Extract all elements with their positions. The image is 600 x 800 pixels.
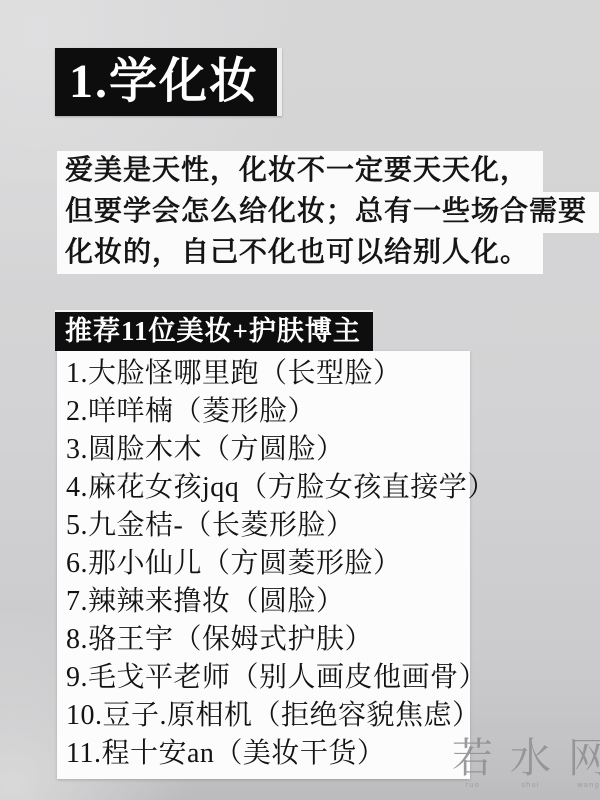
intro-line: 爱美是天性，化妆不一定要天天化，	[57, 151, 543, 192]
list-item: 4.麻花女孩jqq（方脸女孩直接学）	[66, 469, 470, 507]
watermark-sub-label: shui	[521, 781, 539, 789]
watermark: 若 ruo 水 shui 网 wang	[452, 737, 600, 789]
watermark-char-block: 网 wang	[568, 737, 600, 789]
intro-line: 但要学会怎么给化妆；总有一些场合需要	[57, 192, 599, 233]
watermark-char: 水	[510, 737, 551, 780]
list-item: 10.豆子.原相机（拒绝容貌焦虑）	[66, 697, 470, 735]
list-item: 5.九金桔-（长菱形脸）	[66, 507, 470, 545]
list-item: 6.那小仙儿（方圆菱形脸）	[66, 545, 470, 583]
watermark-sub-label: wang	[577, 781, 600, 789]
watermark-char-block: 水 shui	[510, 737, 551, 789]
list-item: 2.咩咩楠（菱形脸）	[66, 393, 470, 431]
watermark-char: 网	[568, 737, 600, 780]
intro-paragraph: 爱美是天性，化妆不一定要天天化， 但要学会怎么给化妆；总有一些场合需要 化妆的，…	[57, 151, 599, 274]
list-item: 7.辣辣来撸妆（圆脸）	[66, 583, 470, 621]
page-title: 1.学化妆	[55, 48, 282, 116]
watermark-char-block: 若 ruo	[452, 737, 493, 789]
intro-line: 化妆的，自己不化也可以给别人化。	[57, 233, 543, 274]
list-item: 3.圆脸木木（方圆脸）	[66, 431, 470, 469]
recommendation-section: 推荐11位美妆+护肤博主 1.大脸怪哪里跑（长型脸） 2.咩咩楠（菱形脸） 3.…	[55, 310, 470, 779]
list-item: 1.大脸怪哪里跑（长型脸）	[66, 355, 470, 393]
blogger-list-panel: 1.大脸怪哪里跑（长型脸） 2.咩咩楠（菱形脸） 3.圆脸木木（方圆脸） 4.麻…	[57, 351, 470, 779]
poster-canvas: 1.学化妆 爱美是天性，化妆不一定要天天化， 但要学会怎么给化妆；总有一些场合需…	[0, 0, 600, 800]
list-item: 11.程十安an（美妆干货）	[66, 735, 470, 773]
watermark-char: 若	[452, 737, 493, 780]
list-item: 9.毛戈平老师（别人画皮他画骨）	[66, 659, 470, 697]
watermark-sub-label: ruo	[465, 781, 480, 789]
recommendation-header: 推荐11位美妆+护肤博主	[55, 310, 373, 351]
list-item: 8.骆王宇（保姆式护肤）	[66, 621, 470, 659]
